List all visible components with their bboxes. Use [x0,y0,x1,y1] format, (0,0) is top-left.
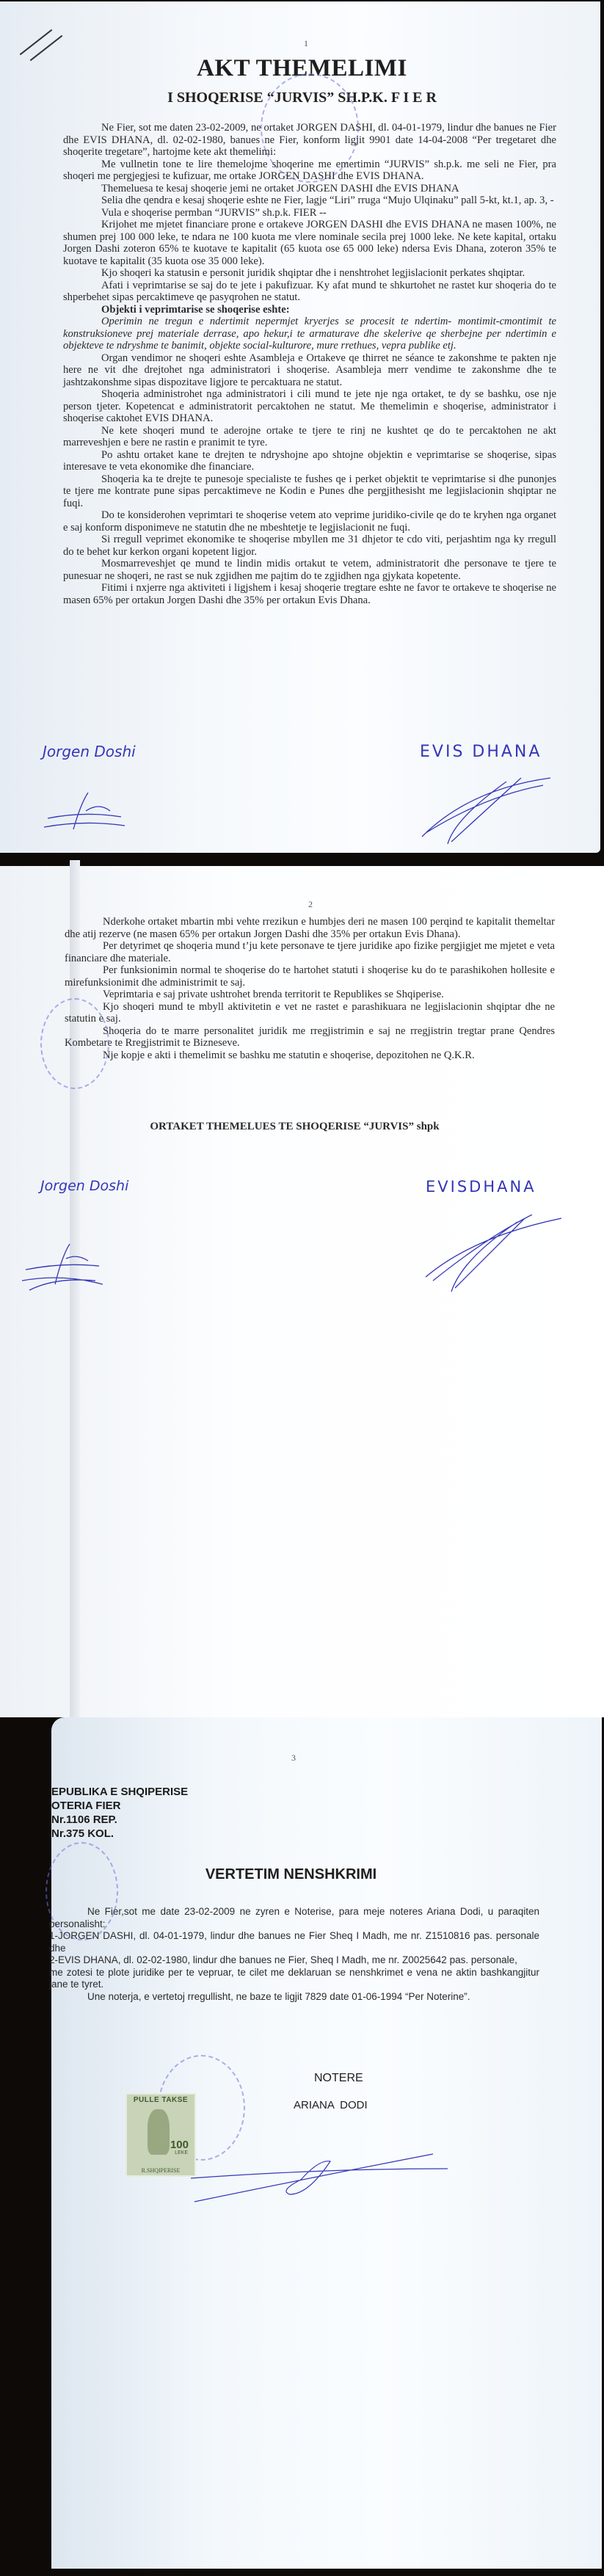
notary-header: EPUBLIKA E SHQIPERISE OTERIA FIER Nr.110… [51,1785,188,1841]
paragraph: Nderkohe ortaket mbartin mbi vehte rrezi… [65,916,555,940]
tax-stamp: PULLE TAKSE 100 LEKE R.SHQIPERISE [125,2093,196,2177]
paragraph: Kjo shoqeri mund te mbyll aktivitetin e … [65,1001,555,1025]
stamp-seal [40,998,109,1089]
page-number: 1 [304,38,308,49]
certification-title: VERTETIM NENSHKRIMI [0,1866,593,1883]
paragraph: 2-EVIS DHANA, dl. 02-02-1980, lindur dhe… [49,1954,539,1967]
object-heading: Objekti i veprimtarise se shoqerise esht… [63,304,556,316]
page3-body: Ne Fier,sot me date 23-02-2009 ne zyren … [49,1906,539,2003]
signature-name-right: EVIS DHANA [420,743,542,761]
tax-stamp-unit: LEKE [175,2150,188,2155]
tax-stamp-value: 100 [170,2139,189,2151]
signature-name-right: EVISDHANA [426,1178,536,1196]
paragraph: Ne kete shoqeri mund te aderojne ortake … [63,425,556,449]
paragraph: Per detyrimet qe shoqeria mund t’ju kete… [65,940,555,964]
paragraph: Selia dhe qendra e kesaj shoqerie eshte … [63,194,556,207]
paragraph: Fitimi i nxjerre nga aktiviteti i ligjsh… [63,582,556,606]
page1-body: Ne Fier, sot me daten 23-02-2009, ne ort… [63,122,556,606]
paragraph: Shoqeria administrohet nga administrator… [63,388,556,425]
paragraph: Themeluesa te kesaj shoqerie jemi ne ort… [63,183,556,195]
page-number: 3 [291,1753,296,1764]
notary-name: ARIANA DODI [294,2099,368,2111]
paragraph: Shoqeria ka te drejte te punesoje specia… [63,473,556,510]
paragraph: Nje kopje e akti i themelimit se bashku … [65,1049,555,1062]
signature-scribble-right [411,774,558,848]
paragraph: Krijohet me mjetet financiare prone e or… [63,219,556,267]
header-line: Nr.1106 REP. [51,1813,188,1827]
paragraph: 1-JORGEN DASHI, dl. 04-01-1979, lindur d… [49,1930,539,1954]
portrait-icon [148,2109,170,2155]
signature-scribble-left [18,1240,106,1292]
paragraph: Po ashtu ortaket kane te drejten te ndry… [63,449,556,473]
signature-name-left: Jorgen Doshi [40,1178,128,1194]
paragraph: Ne Fier,sot me date 23-02-2009 ne zyren … [49,1906,539,1930]
header-line: EPUBLIKA E SHQIPERISE [51,1785,188,1799]
paragraph: Kjo shoqeri ka statusin e personit jurid… [63,267,556,280]
signature-scribble-left [40,789,128,833]
notary-signature [191,2150,455,2209]
paragraph: Organ vendimor ne shoqeri eshte Asamblej… [63,352,556,389]
notary-title: NOTERE [314,2072,363,2085]
signature-name-left: Jorgen Doshi [43,743,136,760]
tax-stamp-label: PULLE TAKSE [127,2096,194,2104]
paragraph: me zotesi te plote juridike per te vepru… [49,1967,539,1991]
paragraph: Do te konsiderohen veprimtari te shoqeri… [63,509,556,534]
paragraph: Per funksionimin normal te shoqerise do … [65,964,555,989]
object-text: Operimin ne tregun e ndertimit nepermjet… [63,316,556,352]
paragraph: Vula e shoqerise permban “JURVIS” sh.p.k… [63,207,556,219]
header-line: OTERIA FIER [51,1799,188,1813]
paragraph: Si rregull veprimet ekonomike te shoqeri… [63,534,556,558]
header-line: Nr.375 KOL. [51,1827,188,1841]
paragraph: Ne Fier, sot me daten 23-02-2009, ne ort… [63,122,556,159]
paragraph: Afati i veprimtarise se saj do te jete i… [63,280,556,304]
page2-body: Nderkohe ortaket mbartin mbi vehte rrezi… [65,916,555,1061]
signature-scribble-right [415,1215,561,1295]
paragraph: Shoqeria do te marre personalitet juridi… [65,1025,555,1049]
tax-stamp-country: R.SHQIPERISE [127,2167,194,2174]
paragraph: Mosmarreveshjet qe mund te lindin midis … [63,558,556,582]
paragraph: Veprimtaria e saj private ushtrohet bren… [65,989,555,1001]
paragraph: Une noterja, e vertetoj rregullisht, ne … [49,1991,539,2004]
founders-heading: ORTAKET THEMELUES TE SHOQERISE “JURVIS” … [0,1121,597,1133]
paragraph: Me vullnetin tone te lire themelojme sho… [63,159,556,183]
page-number: 2 [308,899,313,910]
